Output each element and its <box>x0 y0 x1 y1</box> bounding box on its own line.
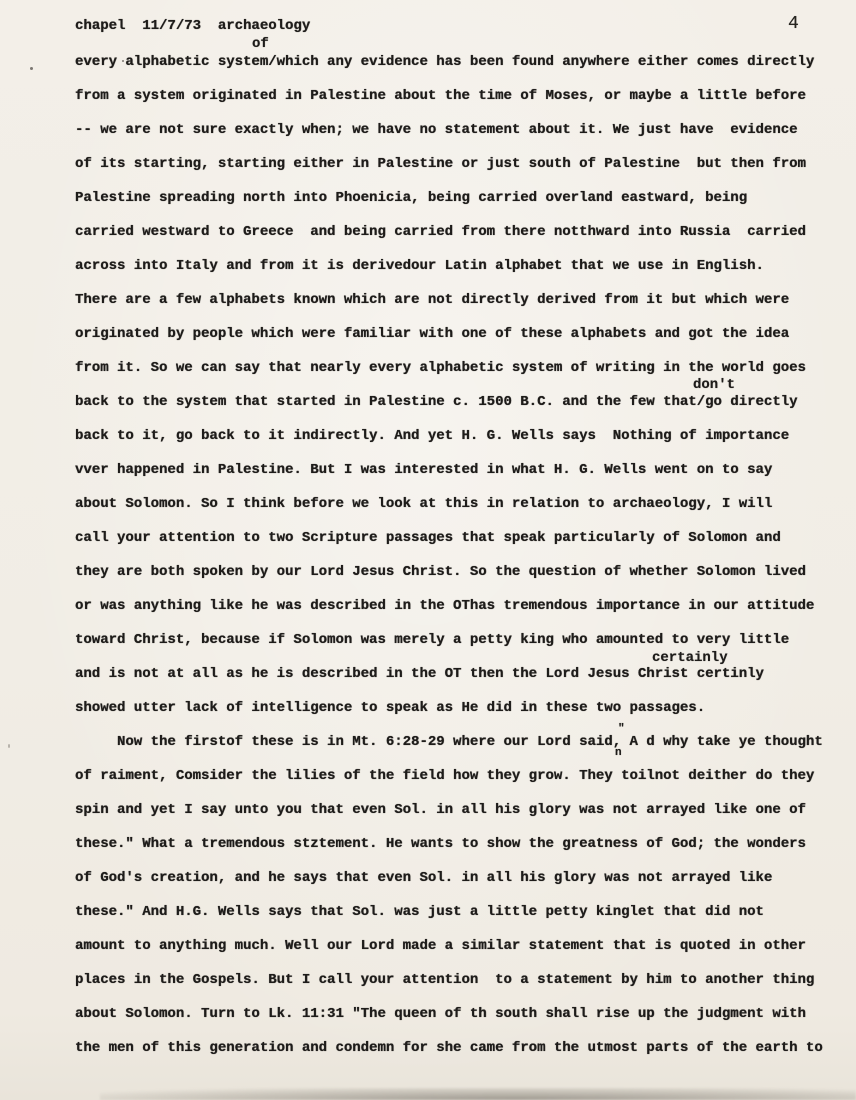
typed-line: across into Italy and from it is derived… <box>75 258 764 274</box>
caret-quote-mark: " <box>618 723 625 735</box>
typed-line: of raiment, Comsider the lilies of the f… <box>75 768 814 784</box>
typed-line: they are both spoken by our Lord Jesus C… <box>75 564 806 580</box>
typed-line: Palestine spreading north into Phoenicia… <box>75 190 747 206</box>
typed-line: every alphabetic system/which any eviden… <box>75 54 814 70</box>
dust-speck <box>30 67 33 70</box>
typed-line: Now the firstof these is in Mt. 6:28-29 … <box>75 734 823 750</box>
page-header: chapel 11/7/73 archaeology <box>75 18 310 34</box>
typed-line: carried westward to Greece and being car… <box>75 224 806 240</box>
dust-speck <box>8 744 10 748</box>
typed-line: from it. So we can say that nearly every… <box>75 360 806 376</box>
scan-edge-shadow <box>100 1088 856 1100</box>
typed-line: places in the Gospels. But I call your a… <box>75 972 814 988</box>
typed-line: and is not at all as he is described in … <box>75 666 764 682</box>
inserted-word-dont: don't <box>693 377 735 393</box>
typed-line: toward Christ, because if Solomon was me… <box>75 632 789 648</box>
typed-line: these." What a tremendous stztement. He … <box>75 836 806 852</box>
typed-line: back to the system that started in Pales… <box>75 394 798 410</box>
typed-line: originated by people which were familiar… <box>75 326 789 342</box>
typed-line: from a system originated in Palestine ab… <box>75 88 806 104</box>
typed-line: -- we are not sure exactly when; we have… <box>75 122 798 138</box>
typed-line: call your attention to two Scripture pas… <box>75 530 781 546</box>
typed-line: showed utter lack of intelligence to spe… <box>75 700 705 716</box>
typed-line: There are a few alphabets known which ar… <box>75 292 789 308</box>
typed-line: the men of this generation and condemn f… <box>75 1040 823 1056</box>
typed-line: about Solomon. So I think before we look… <box>75 496 772 512</box>
inserted-word-certainly: certainly <box>652 650 728 666</box>
typed-line: back to it, go back to it indirectly. An… <box>75 428 789 444</box>
typed-line: of its starting, starting either in Pale… <box>75 156 806 172</box>
dust-speck <box>122 60 124 62</box>
inserted-letter-n: n <box>615 747 622 759</box>
typed-line: of God's creation, and he says that even… <box>75 870 772 886</box>
scanned-typewritten-page: chapel 11/7/73 archaeology 4 every alpha… <box>0 0 856 1100</box>
page-number: 4 <box>788 14 799 34</box>
typed-line: amount to anything much. Well our Lord m… <box>75 938 806 954</box>
typed-line: or was anything like he was described in… <box>75 598 814 614</box>
inserted-word-of: of <box>252 36 269 52</box>
typed-line: spin and yet I say unto you that even So… <box>75 802 806 818</box>
typed-line: about Solomon. Turn to Lk. 11:31 "The qu… <box>75 1006 806 1022</box>
typed-line: these." And H.G. Wells says that Sol. wa… <box>75 904 764 920</box>
typed-line: vver happened in Palestine. But I was in… <box>75 462 772 478</box>
